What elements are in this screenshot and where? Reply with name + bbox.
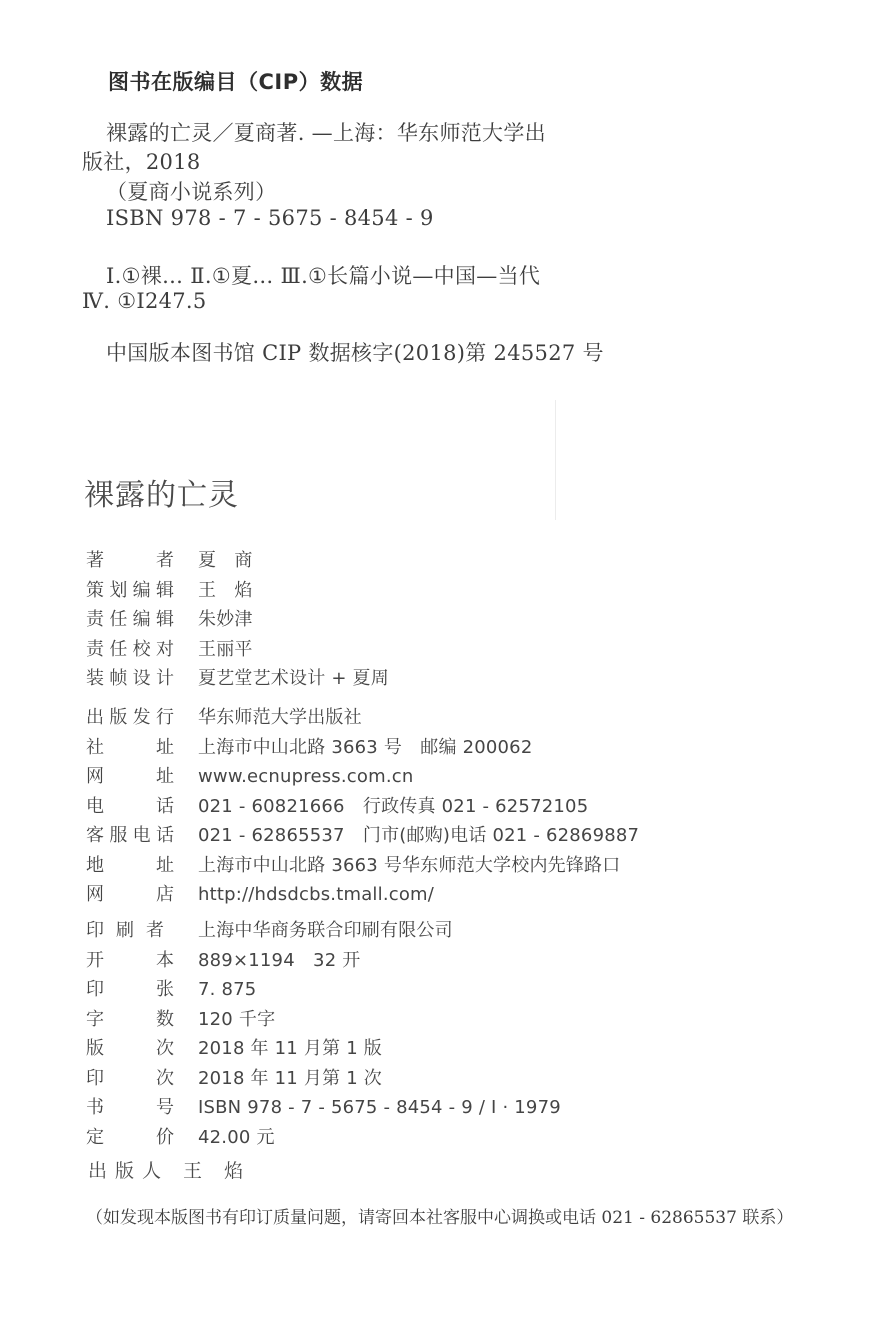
info-value: www.ecnupress.com.cn (198, 762, 413, 792)
info-label-char: 话 (156, 792, 174, 822)
info-row: 版次2018 年 11 月第 1 版 (86, 1034, 561, 1064)
info-label-char: 辑 (156, 605, 174, 635)
info-value: 王丽平 (198, 635, 253, 665)
info-row: 书号ISBN 978 - 7 - 5675 - 8454 - 9 / I · 1… (86, 1093, 561, 1123)
cip-title-line: 裸露的亡灵／夏商著. —上海：华东师范大学出 (106, 117, 546, 147)
cip-series-line: （夏商小说系列） (106, 176, 276, 206)
info-label-char: 电 (86, 792, 104, 822)
info-label-char: 店 (156, 880, 174, 910)
info-label-char: 价 (156, 1123, 174, 1153)
info-label: 书号 (86, 1093, 174, 1123)
info-label: 责任校对 (86, 635, 174, 665)
info-row: 责任编辑朱妙津 (86, 605, 389, 635)
info-label: 客服电话 (86, 821, 174, 851)
info-label-char: 社 (86, 733, 104, 763)
info-label-char: 编 (133, 605, 151, 635)
publisher-person: 出版人 王 焰 (88, 1156, 251, 1183)
info-value: http://hdsdcbs.tmall.com/ (198, 880, 434, 910)
info-label-char: 话 (156, 821, 174, 851)
info-label-char: 著 (86, 546, 104, 576)
info-label-char: 计 (156, 664, 174, 694)
info-label-char: 出 (86, 703, 104, 733)
info-value: 2018 年 11 月第 1 版 (198, 1034, 382, 1064)
info-label: 著者 (86, 546, 174, 576)
info-label-char: 印 (86, 975, 104, 1005)
info-label: 地址 (86, 851, 174, 881)
info-label-char: 客 (86, 821, 104, 851)
info-value: 上海市中山北路 3663 号华东师范大学校内先锋路口 (198, 851, 620, 881)
info-row: 开本889×1194 32 开 (86, 946, 561, 976)
info-row: 电话021 - 60821666 行政传真 021 - 62572105 (86, 792, 639, 822)
info-row: 字数120 千字 (86, 1005, 561, 1035)
info-label-char: 网 (86, 880, 104, 910)
info-label-char: 址 (156, 851, 174, 881)
info-label-char: 辑 (156, 576, 174, 606)
scan-artifact (555, 400, 556, 520)
info-label: 印次 (86, 1064, 174, 1094)
info-row: 著者夏 商 (86, 546, 389, 576)
info-label-char: 行 (156, 703, 174, 733)
info-label-char: 数 (156, 1005, 174, 1035)
info-label-char: 号 (156, 1093, 174, 1123)
info-value: 021 - 62865537 门市(邮购)电话 021 - 62869887 (198, 821, 639, 851)
info-value: 王 焰 (198, 576, 253, 606)
print-info-block: 印刷者上海中华商务联合印刷有限公司开本889×1194 32 开印张7. 875… (86, 916, 561, 1152)
info-value: 7. 875 (198, 975, 256, 1005)
info-label: 定价 (86, 1123, 174, 1153)
info-row: 出版发行华东师范大学出版社 (86, 703, 639, 733)
info-label-char: 刷 (116, 916, 134, 946)
info-label-char: 开 (86, 946, 104, 976)
info-label-char: 责 (86, 605, 104, 635)
info-label-char: 校 (133, 635, 151, 665)
info-label: 策划编辑 (86, 576, 174, 606)
info-label-char: 电 (133, 821, 151, 851)
info-value: 42.00 元 (198, 1123, 275, 1153)
info-label-char: 任 (109, 635, 127, 665)
info-label-char: 书 (86, 1093, 104, 1123)
info-label: 印张 (86, 975, 174, 1005)
info-value: 朱妙津 (198, 605, 253, 635)
info-label-char: 服 (109, 821, 127, 851)
info-label-char: 址 (156, 733, 174, 763)
info-label-char: 划 (109, 576, 127, 606)
info-value: 夏 商 (198, 546, 253, 576)
info-value: 华东师范大学出版社 (198, 703, 362, 733)
quality-note: （如发现本版图书有印订质量问题，请寄回本社客服中心调换或电话 021 - 628… (86, 1203, 793, 1228)
info-label-char: 次 (156, 1034, 174, 1064)
info-row: 装帧设计夏艺堂艺术设计 + 夏周 (86, 664, 389, 694)
info-row: 印次2018 年 11 月第 1 次 (86, 1064, 561, 1094)
info-label-char: 编 (133, 576, 151, 606)
info-label-char: 版 (86, 1034, 104, 1064)
info-label-char: 责 (86, 635, 104, 665)
info-label: 网址 (86, 762, 174, 792)
publisher-info-block: 出版发行华东师范大学出版社社址上海市中山北路 3663 号 邮编 200062网… (86, 703, 639, 910)
info-label-char: 任 (109, 605, 127, 635)
info-label-char: 址 (156, 762, 174, 792)
info-row: 客服电话021 - 62865537 门市(邮购)电话 021 - 628698… (86, 821, 639, 851)
cip-isbn-line: ISBN 978 - 7 - 5675 - 8454 - 9 (106, 206, 434, 230)
info-label-char: 本 (156, 946, 174, 976)
info-row: 印张7. 875 (86, 975, 561, 1005)
info-value: 021 - 60821666 行政传真 021 - 62572105 (198, 792, 588, 822)
info-label-char: 发 (133, 703, 151, 733)
info-label: 版次 (86, 1034, 174, 1064)
info-row: 责任校对王丽平 (86, 635, 389, 665)
info-value: ISBN 978 - 7 - 5675 - 8454 - 9 / I · 197… (198, 1093, 561, 1123)
info-label-char: 印 (86, 916, 104, 946)
cip-publisher-line: 版社，2018 (82, 146, 201, 176)
info-label-char: 次 (156, 1064, 174, 1094)
info-value: 夏艺堂艺术设计 + 夏周 (198, 664, 389, 694)
info-row: 网址www.ecnupress.com.cn (86, 762, 639, 792)
info-row: 印刷者上海中华商务联合印刷有限公司 (86, 916, 561, 946)
info-label: 电话 (86, 792, 174, 822)
info-value: 889×1194 32 开 (198, 946, 360, 976)
info-label: 网店 (86, 880, 174, 910)
info-label: 出版发行 (86, 703, 174, 733)
info-label: 社址 (86, 733, 174, 763)
info-row: 网店http://hdsdcbs.tmall.com/ (86, 880, 639, 910)
cip-heading: 图书在版编目（CIP）数据 (108, 66, 363, 96)
info-row: 定价42.00 元 (86, 1123, 561, 1153)
info-label-char: 设 (133, 664, 151, 694)
cip-subject-line: Ⅰ.①裸… Ⅱ.①夏… Ⅲ.①长篇小说—中国—当代 (106, 260, 540, 290)
info-label-char: 张 (156, 975, 174, 1005)
credits-block: 著者夏 商策划编辑王 焰责任编辑朱妙津责任校对王丽平装帧设计夏艺堂艺术设计 + … (86, 546, 389, 694)
info-row: 社址上海市中山北路 3663 号 邮编 200062 (86, 733, 639, 763)
info-label: 字数 (86, 1005, 174, 1035)
info-label: 装帧设计 (86, 664, 174, 694)
info-label: 印刷者 (86, 916, 164, 946)
info-row: 策划编辑王 焰 (86, 576, 389, 606)
info-label-char: 版 (109, 703, 127, 733)
info-label-char: 对 (156, 635, 174, 665)
book-title: 裸露的亡灵 (84, 470, 239, 514)
info-label-char: 帧 (109, 664, 127, 694)
info-label-char: 字 (86, 1005, 104, 1035)
info-value: 120 千字 (198, 1005, 275, 1035)
info-label-char: 印 (86, 1064, 104, 1094)
info-label-char: 定 (86, 1123, 104, 1153)
info-label-char: 装 (86, 664, 104, 694)
info-value: 上海中华商务联合印刷有限公司 (198, 916, 453, 946)
info-label-char: 策 (86, 576, 104, 606)
info-label: 开本 (86, 946, 174, 976)
cip-classification-line: Ⅳ. ①I247.5 (82, 289, 207, 313)
info-value: 2018 年 11 月第 1 次 (198, 1064, 382, 1094)
info-label-char: 网 (86, 762, 104, 792)
info-label-char: 者 (146, 916, 164, 946)
info-row: 地址上海市中山北路 3663 号华东师范大学校内先锋路口 (86, 851, 639, 881)
info-label: 责任编辑 (86, 605, 174, 635)
info-value: 上海市中山北路 3663 号 邮编 200062 (198, 733, 533, 763)
cip-record-number: 中国版本图书馆 CIP 数据核字(2018)第 245527 号 (106, 337, 604, 367)
info-label-char: 者 (156, 546, 174, 576)
info-label-char: 地 (86, 851, 104, 881)
